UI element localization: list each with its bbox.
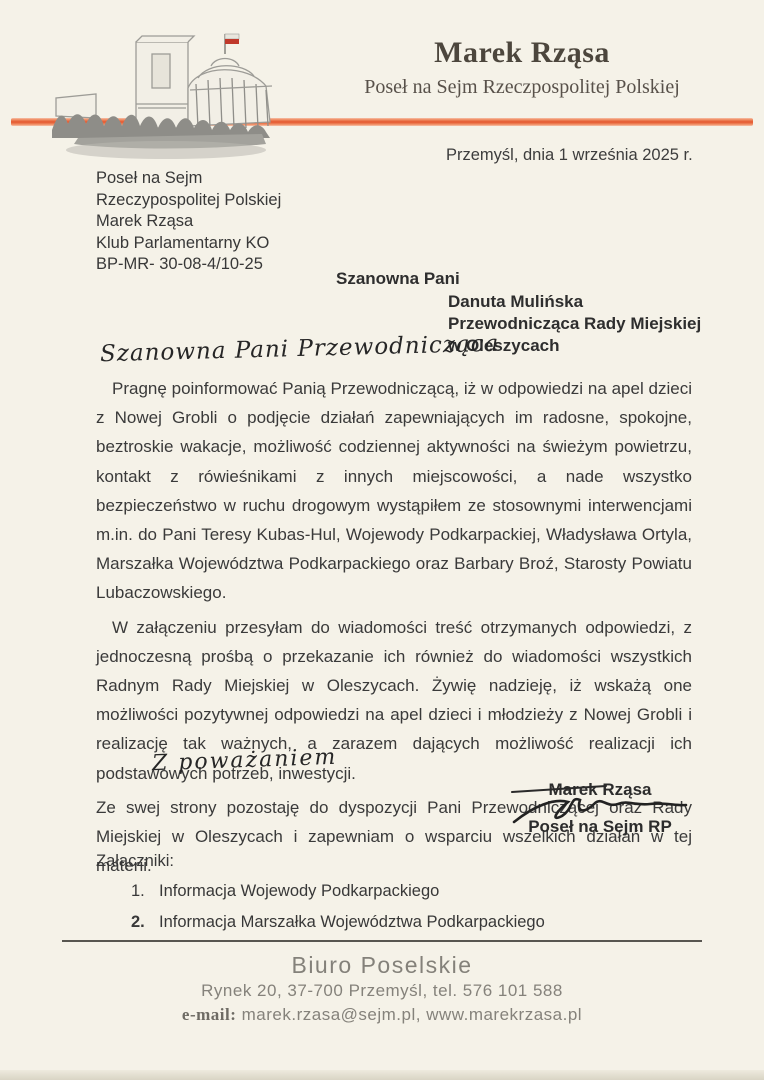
- recipient-name: Danuta Mulińska: [448, 291, 701, 313]
- email-value: marek.rzasa@sejm.pl, www.marekrzasa.pl: [242, 1005, 582, 1024]
- scanned-letter-page: { "header": { "name": "Marek Rząsa", "su…: [0, 0, 764, 1080]
- date-line: Przemyśl, dnia 1 września 2025 r.: [446, 146, 693, 165]
- letterhead-subtitle: Poseł na Sejm Rzeczpospolitej Polskiej: [300, 76, 744, 99]
- paragraph-1: Pragnę poinformować Panią Przewodniczącą…: [96, 374, 692, 608]
- attachment-item-1: 1.Informacja Wojewody Podkarpackiego: [131, 882, 439, 901]
- recipient-salutation: Szanowna Pani: [336, 269, 460, 289]
- attachment-number-1: 1.: [131, 882, 159, 901]
- sender-line-3: Marek Rząsa: [96, 211, 281, 233]
- sender-reference-number: BP-MR- 30-08-4/10-25: [96, 254, 281, 276]
- footer-address: Rynek 20, 37-700 Przemyśl, tel. 576 101 …: [0, 981, 764, 1001]
- footer-office-name: Biuro Poselskie: [0, 952, 764, 979]
- attachment-text-1: Informacja Wojewody Podkarpackiego: [159, 882, 439, 900]
- handwritten-greeting: Szanowna Pani Przewodnicząca: [100, 331, 500, 367]
- handwritten-signature: [510, 778, 710, 838]
- letterhead-name: Marek Rząsa: [300, 36, 744, 70]
- attachment-text-2: Informacja Marszałka Województwa Podkarp…: [159, 913, 545, 931]
- sender-line-2: Rzeczypospolitej Polskiej: [96, 190, 281, 212]
- attachments-label: Załączniki:: [96, 852, 174, 871]
- scan-bottom-edge: [0, 1070, 764, 1080]
- footer-contact-line: e-mail: marek.rzasa@sejm.pl, www.marekrz…: [0, 1005, 764, 1025]
- sender-line-1: Poseł na Sejm: [96, 168, 281, 190]
- sender-block: Poseł na Sejm Rzeczypospolitej Polskiej …: [96, 168, 281, 276]
- attachment-number-2: 2.: [131, 913, 159, 932]
- sender-line-4: Klub Parlamentarny KO: [96, 233, 281, 255]
- sejm-building-logo: [48, 26, 280, 168]
- flag-icon: [225, 34, 239, 54]
- footer-divider: [62, 940, 702, 942]
- attachment-item-2: 2.Informacja Marszałka Województwa Podka…: [131, 913, 545, 932]
- email-label: e-mail:: [182, 1005, 236, 1024]
